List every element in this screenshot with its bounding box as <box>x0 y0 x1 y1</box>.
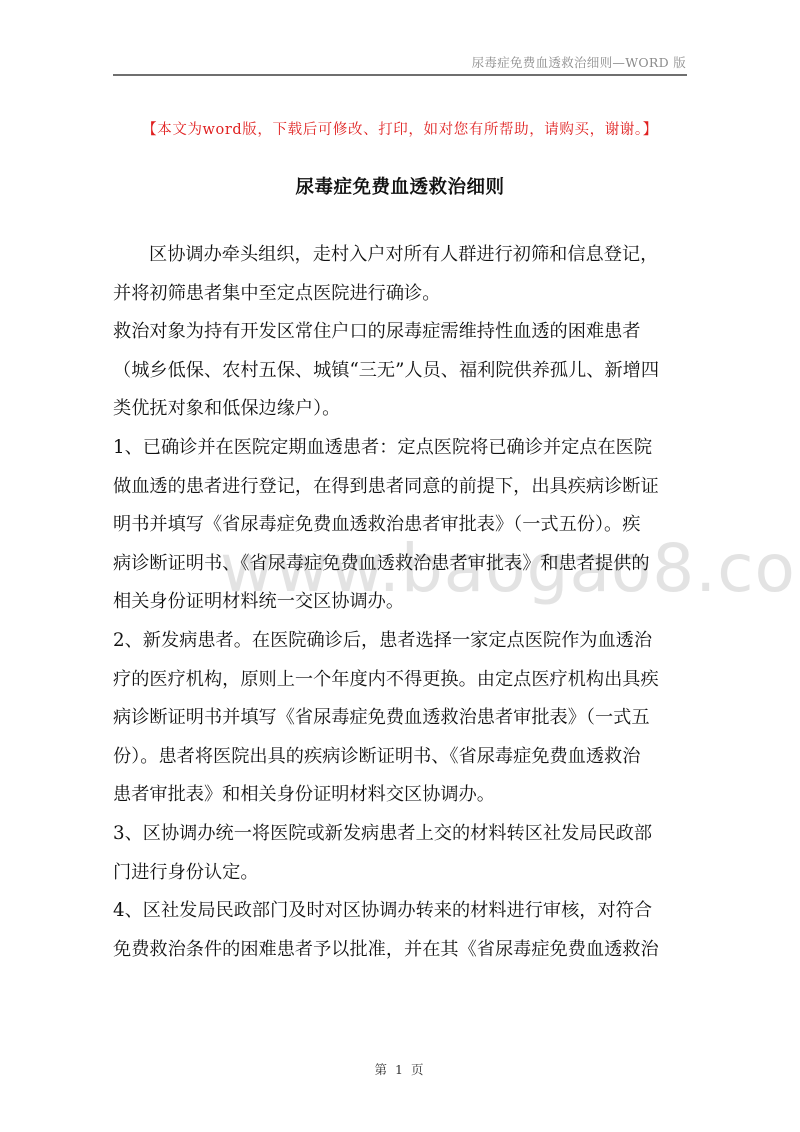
document-title: 尿毒症免费血透救治细则 <box>0 173 800 199</box>
document-page: 尿毒症免费血透救治细则—WORD 版 【本文为word版，下载后可修改、打印，如… <box>0 0 800 1132</box>
running-header: 尿毒症免费血透救治细则—WORD 版 <box>472 53 686 71</box>
paragraph-line: 病诊断证明书、《省尿毒症免费血透救治患者审批表》和患者提供的 <box>113 545 689 584</box>
paragraph-line: 1、已确诊并在医院定期血透患者：定点医院将已确诊并定点在医院 <box>113 429 689 468</box>
paragraph-line: 门进行身份认定。 <box>113 854 689 893</box>
paragraph-line: 4、区社发局民政部门及时对区协调办转来的材料进行审核，对符合 <box>113 892 689 931</box>
paragraph-line: 3、区协调办统一将医院或新发病患者上交的材料转区社发局民政部 <box>113 815 689 854</box>
paragraph-line: 患者审批表》和相关身份证明材料交区协调办。 <box>113 776 689 815</box>
paragraph-line: 救治对象为持有开发区常住户口的尿毒症需维持性血透的困难患者 <box>113 313 689 352</box>
document-body: 区协调办牵头组织，走村入户对所有人群进行初筛和信息登记， 并将初筛患者集中至定点… <box>113 236 689 969</box>
paragraph-line: 区协调办牵头组织，走村入户对所有人群进行初筛和信息登记， <box>113 236 689 275</box>
paragraph-line: 疗的医疗机构，原则上一个年度内不得更换。由定点医疗机构出具疾 <box>113 661 689 700</box>
purchase-notice: 【本文为word版，下载后可修改、打印，如对您有所帮助，请购买，谢谢。】 <box>0 118 800 139</box>
paragraph-line: 份）。患者将医院出具的疾病诊断证明书、《省尿毒症免费血透救治 <box>113 738 689 777</box>
paragraph-line: 病诊断证明书并填写《省尿毒症免费血透救治患者审批表》（一式五 <box>113 699 689 738</box>
header-divider <box>113 74 687 76</box>
page-number: 第 1 页 <box>0 1060 800 1078</box>
paragraph-line: 并将初筛患者集中至定点医院进行确诊。 <box>113 275 689 314</box>
paragraph-line: 免费救治条件的困难患者予以批准，并在其《省尿毒症免费血透救治 <box>113 931 689 970</box>
paragraph-line: 2、新发病患者。在医院确诊后，患者选择一家定点医院作为血透治 <box>113 622 689 661</box>
paragraph-line: 明书并填写《省尿毒症免费血透救治患者审批表》（一式五份）。疾 <box>113 506 689 545</box>
paragraph-line: 类优抚对象和低保边缘户）。 <box>113 390 689 429</box>
paragraph-line: 相关身份证明材料统一交区协调办。 <box>113 583 689 622</box>
paragraph-line: （城乡低保、农村五保、城镇“三无”人员、福利院供养孤儿、新增四 <box>113 352 689 391</box>
paragraph-line: 做血透的患者进行登记，在得到患者同意的前提下，出具疾病诊断证 <box>113 468 689 507</box>
